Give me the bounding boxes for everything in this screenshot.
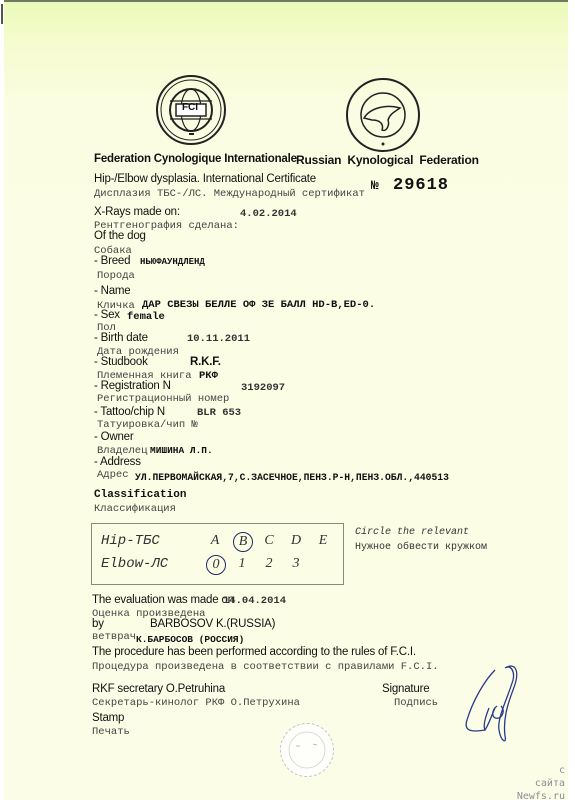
circle-note-ru: Нужное обвести кружком: [355, 542, 487, 553]
registration-value: 3192097: [241, 382, 285, 394]
elbow-grade-1: 1: [233, 556, 251, 572]
scan-top-edge: [4, 0, 568, 2]
signature-label-en: Signature: [382, 683, 429, 695]
breed-label-en: - Breed: [94, 255, 130, 267]
hip-grade-a: A: [206, 533, 224, 549]
hip-grade-c: C: [260, 533, 278, 549]
handwritten-signature-icon: [455, 660, 525, 745]
by-label-ru: ветврач: [92, 631, 136, 643]
hip-grade-d: D: [287, 533, 305, 549]
address-label-en: - Address: [94, 456, 141, 468]
secretary-en: RKF secretary O.Petruhina: [92, 683, 225, 695]
name-label-en: - Name: [94, 285, 131, 297]
address-value: УЛ.ПЕРВОМАЙСКАЯ,7,С.ЗАСЕЧНОЕ,ПЕНЗ.Р-Н,ПЕ…: [135, 472, 449, 483]
watermark-line-1: с: [505, 764, 565, 777]
hip-grade-e: E: [314, 533, 332, 549]
elbow-grade-3: 3: [287, 556, 305, 572]
by-label-en: by: [92, 618, 104, 630]
certificate-title-ru: Дисплазия ТБС-/ЛС. Международный сертифи…: [94, 188, 365, 200]
circle-note-en: Circle the relevant: [355, 527, 469, 538]
owner-label-en: - Owner: [94, 431, 134, 443]
rkf-name: Russian Kynological Federation: [296, 153, 479, 167]
secretary-ru: Секретарь-кинолог РКФ О.Петрухина: [92, 697, 300, 709]
watermark-line-2: сайта: [505, 777, 565, 790]
breed-label-ru: Порода: [97, 270, 135, 282]
tattoo-label-en: - Tattoo/chip N: [94, 406, 165, 418]
registration-label-en: - Registration N: [94, 380, 171, 392]
vet-name-ru: К.БАРБОСОВ (РОССИЯ): [136, 634, 244, 645]
fci-name: Federation Cynologique Internationale: [94, 153, 297, 165]
hip-grade-b: B: [233, 532, 253, 552]
birth-date-value: 10.11.2011: [187, 333, 250, 345]
studbook-label-en: - Studbook: [94, 356, 148, 368]
dog-heading-en: Of the dog: [94, 230, 146, 242]
elbow-label: Elbow-ЛС: [101, 556, 168, 572]
dog-name-value: ДАР СВЕЗЫ БЕЛЛЕ ОФ ЗЕ БАЛЛ HD-B,ED-0.: [142, 299, 375, 311]
certificate-number: 29618: [393, 176, 449, 195]
sex-value: female: [127, 311, 165, 323]
evaluation-date: 14.04.2014: [223, 595, 286, 607]
hip-grades: ABCDE: [206, 533, 336, 553]
fci-logo-text: FCI: [178, 102, 202, 113]
xray-date: 4.02.2014: [240, 208, 297, 220]
elbow-grade-0: 0: [206, 555, 226, 575]
site-watermark: с сайта Newfs.ru: [505, 764, 565, 800]
breed-value: НЬЮФАУНДЛЕНД: [140, 257, 205, 267]
vet-name-en: BARBOSOV K.(RUSSIA): [150, 618, 275, 630]
sex-label-en: - Sex: [94, 309, 120, 321]
rkf-emblem-icon: [346, 78, 420, 152]
owner-value: МИШИНА Л.П.: [150, 445, 213, 456]
xray-label-en: X-Rays made on:: [94, 206, 180, 218]
tattoo-value: BLR 653: [197, 407, 241, 419]
address-label-ru: Адрес: [97, 469, 129, 481]
stamp-label-en: Stamp: [92, 712, 124, 724]
rkf-stamp-icon: [280, 723, 334, 777]
birth-date-label-en: - Birth date: [94, 332, 148, 344]
elbow-grade-2: 2: [260, 556, 278, 572]
studbook-value-ru: РКФ: [199, 370, 218, 382]
classification-heading-en: Classification: [94, 489, 186, 501]
registration-label-ru: Регистрационный номер: [97, 393, 229, 405]
procedure-text-en: The procedure has been performed accordi…: [92, 646, 416, 658]
certificate-number-prefix: №: [371, 178, 380, 193]
procedure-text-ru: Процедура произведена в соответствии с п…: [92, 661, 439, 673]
classification-box: Hip-ТБС ABCDE Elbow-ЛС 0123: [91, 523, 344, 585]
stamp-label-ru: Печать: [92, 726, 130, 738]
classification-heading-ru: Классификация: [94, 503, 176, 515]
studbook-value-en: R.K.F.: [190, 356, 221, 368]
tattoo-label-ru: Татуировка/чип №: [97, 419, 198, 431]
watermark-line-3: Newfs.ru: [505, 790, 565, 800]
certificate-title-en: Hip-/Elbow dysplasia. International Cert…: [94, 173, 316, 185]
signature-label-ru: Подпись: [394, 697, 438, 709]
hip-label: Hip-ТБС: [101, 533, 160, 549]
elbow-grades: 0123: [206, 556, 336, 576]
evaluation-label-en: The evaluation was made on: [92, 594, 234, 606]
scan-right-edge: [568, 0, 575, 800]
